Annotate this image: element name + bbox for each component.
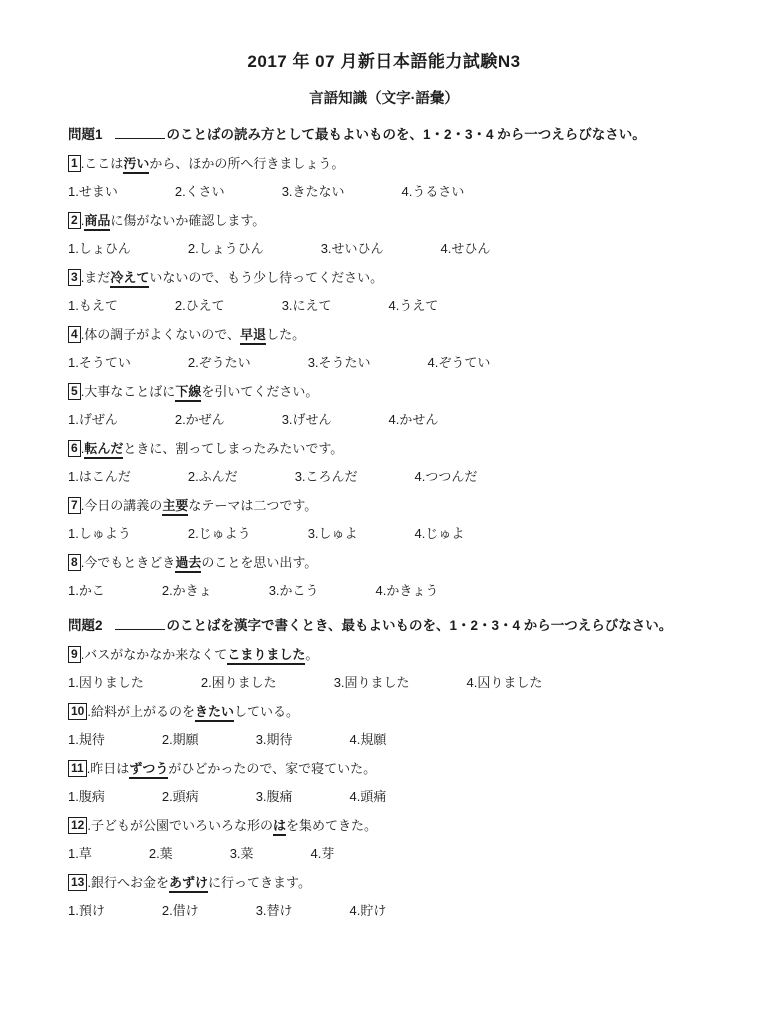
options-line: 1.そうてい2.ぞうたい3.そうたい4.ぞうてい [68, 353, 738, 372]
answer-option: 3.腹痛 [256, 787, 293, 806]
question-text-pre: .今日の講義の [81, 498, 163, 513]
question-text-post: がひどかったので、家で寝ていた。 [168, 761, 376, 776]
answer-option: 1.しゅよう [68, 524, 131, 543]
questions-container: 9.バスがなかなか来なくてこまりました。 1.因りました2.困りました3.固りま… [68, 645, 738, 920]
options-line: 1.はこんだ2.ふんだ3.ころんだ4.つつんだ [68, 467, 738, 486]
question-number-box: 12 [68, 817, 87, 834]
section-instruction: のことばを漢字で書くとき、最もよいものを、1・2・3・4 から一つえらびなさい。 [167, 618, 673, 633]
answer-option: 1.もえて [68, 296, 118, 315]
question-number-box: 4 [68, 326, 81, 343]
question-line: 11.昨日はずつうがひどかったので、家で寝ていた。 [68, 759, 738, 778]
answer-option: 2.ぞうたい [188, 353, 251, 372]
answer-option: 4.つつんだ [415, 467, 478, 486]
answer-option: 3.にえて [282, 296, 332, 315]
question-line: 9.バスがなかなか来なくてこまりました。 [68, 645, 738, 664]
answer-option: 2.期願 [162, 730, 199, 749]
question-target-word: こまりました [227, 647, 305, 665]
answer-option: 4.じゅよ [415, 524, 465, 543]
answer-option: 4.芽 [311, 844, 335, 863]
options-line: 1.草2.葉3.菜4.芽 [68, 844, 738, 863]
answer-option: 2.しょうひん [188, 239, 264, 258]
question-line: 10.給料が上がるのをきたいしている。 [68, 702, 738, 721]
question-block: 13.銀行へお金をあずけに行ってきます。 1.預け2.借け3.替け4.貯け [68, 873, 738, 920]
question-text-pre: .今でもときどき [81, 555, 176, 570]
answer-option: 1.因りました [68, 673, 144, 692]
question-number-box: 1 [68, 155, 81, 172]
answer-option: 1.草 [68, 844, 92, 863]
question-text-pre: .ここは [81, 156, 124, 171]
options-line: 1.かこ2.かきょ3.かこう4.かきょう [68, 581, 738, 600]
question-target-word: あずけ [169, 875, 208, 893]
question-number-box: 6 [68, 440, 81, 457]
answer-option: 4.かせん [389, 410, 439, 429]
answer-option: 3.ころんだ [295, 467, 358, 486]
answer-option: 2.じゅよう [188, 524, 251, 543]
answer-option: 1.規待 [68, 730, 105, 749]
blank-underline [115, 617, 165, 630]
question-text-pre: .給料が上がるのを [87, 704, 195, 719]
question-number-box: 9 [68, 646, 81, 663]
page-subtitle: 言語知識（文字·語彙） [0, 90, 768, 109]
answer-option: 4.貯け [350, 901, 387, 920]
question-number-box: 3 [68, 269, 81, 286]
question-number-box: 11 [68, 760, 87, 777]
answer-option: 1.げぜん [68, 410, 118, 429]
answer-option: 2.かぜん [175, 410, 225, 429]
page-title: 2017 年 07 月新日本語能力試験N3 [0, 0, 768, 74]
answer-option: 3.かこう [269, 581, 319, 600]
question-target-word: 下線 [175, 384, 201, 402]
answer-option: 3.固りました [334, 673, 410, 692]
sections-container: 問題1のことばの読み方として最もよいものを、1・2・3・4 から一つえらびなさい… [0, 125, 768, 920]
answer-option: 4.かきょう [376, 581, 439, 600]
question-block: 9.バスがなかなか来なくてこまりました。 1.因りました2.困りました3.固りま… [68, 645, 738, 692]
question-text-post: いないので、もう少し待ってください。 [149, 270, 383, 285]
answer-option: 3.菜 [230, 844, 254, 863]
question-text-post: ときに、割ってしまったみたいです。 [123, 441, 343, 456]
answer-option: 4.頭痛 [350, 787, 387, 806]
question-target-word: 商品 [84, 213, 110, 231]
question-target-word: ずつう [129, 761, 168, 779]
blank-underline [115, 126, 165, 139]
question-text-post: のことを思い出す。 [201, 555, 317, 570]
question-line: 6.転んだときに、割ってしまったみたいです。 [68, 439, 738, 458]
section-header: 問題1のことばの読み方として最もよいものを、1・2・3・4 から一つえらびなさい… [68, 125, 738, 144]
question-line: 8.今でもときどき過去のことを思い出す。 [68, 553, 738, 572]
question-text-pre: .銀行へお金を [87, 875, 169, 890]
answer-option: 4.囚りました [467, 673, 543, 692]
answer-option: 3.げせん [282, 410, 332, 429]
question-line: 5.大事なことばに下線を引いてください。 [68, 382, 738, 401]
question-target-word: は [273, 818, 286, 836]
question-number-box: 8 [68, 554, 81, 571]
question-text-post: を集めてきた。 [286, 818, 377, 833]
question-block: 5.大事なことばに下線を引いてください。 1.げぜん2.かぜん3.げせん4.かせ… [68, 382, 738, 429]
question-block: 2.商品に傷がないか確認します。 1.しょひん2.しょうひん3.せいひん4.せひ… [68, 211, 738, 258]
question-block: 8.今でもときどき過去のことを思い出す。 1.かこ2.かきょ3.かこう4.かきょ… [68, 553, 738, 600]
question-number-box: 2 [68, 212, 81, 229]
document-page: 2017 年 07 月新日本語能力試験N3 言語知識（文字·語彙） 問題1のこと… [0, 0, 768, 920]
options-line: 1.預け2.借け3.替け4.貯け [68, 901, 738, 920]
question-text-post: から、ほかの所へ行きましょう。 [149, 156, 344, 171]
question-target-word: 冷えて [110, 270, 149, 288]
section-label: 問題2 [68, 618, 103, 633]
question-target-word: 主要 [162, 498, 188, 516]
question-line: 12.子どもが公園でいろいろな形のはを集めてきた。 [68, 816, 738, 835]
answer-option: 2.借け [162, 901, 199, 920]
question-line: 1.ここは汚いから、ほかの所へ行きましょう。 [68, 154, 738, 173]
question-text-post: を引いてください。 [201, 384, 318, 399]
question-line: 13.銀行へお金をあずけに行ってきます。 [68, 873, 738, 892]
options-line: 1.腹病2.頭病3.腹痛4.頭痛 [68, 787, 738, 806]
question-block: 12.子どもが公園でいろいろな形のはを集めてきた。 1.草2.葉3.菜4.芽 [68, 816, 738, 863]
answer-option: 4.せひん [441, 239, 491, 258]
question-block: 7.今日の講義の主要なテーマは二つです。 1.しゅよう2.じゅよう3.しゅよ4.… [68, 496, 738, 543]
section-label: 問題1 [68, 127, 103, 142]
question-target-word: きたい [195, 704, 234, 722]
answer-option: 1.かこ [68, 581, 105, 600]
question-text-post: している。 [234, 704, 299, 719]
answer-option: 1.預け [68, 901, 105, 920]
question-text-post: なテーマは二つです。 [188, 498, 317, 513]
question-target-word: 早退 [240, 327, 266, 345]
question-block: 11.昨日はずつうがひどかったので、家で寝ていた。 1.腹病2.頭病3.腹痛4.… [68, 759, 738, 806]
question-number-box: 7 [68, 497, 81, 514]
answer-option: 1.腹病 [68, 787, 105, 806]
section: 問題2のことばを漢字で書くとき、最もよいものを、1・2・3・4 から一つえらびな… [68, 616, 738, 920]
answer-option: 3.しゅよ [308, 524, 358, 543]
question-text-pre: .大事なことばに [81, 384, 176, 399]
answer-option: 4.規願 [350, 730, 387, 749]
question-line: 7.今日の講義の主要なテーマは二つです。 [68, 496, 738, 515]
answer-option: 2.かきょ [162, 581, 212, 600]
question-line: 2.商品に傷がないか確認します。 [68, 211, 738, 230]
question-block: 6.転んだときに、割ってしまったみたいです。 1.はこんだ2.ふんだ3.ころんだ… [68, 439, 738, 486]
question-text-pre: .体の調子がよくないので、 [81, 327, 240, 342]
question-text-pre: .バスがなかなか来なくて [81, 647, 228, 662]
answer-option: 3.替け [256, 901, 293, 920]
options-line: 1.しょひん2.しょうひん3.せいひん4.せひん [68, 239, 738, 258]
question-block: 10.給料が上がるのをきたいしている。 1.規待2.期願3.期待4.規願 [68, 702, 738, 749]
question-line: 3.まだ冷えていないので、もう少し待ってください。 [68, 268, 738, 287]
answer-option: 3.そうたい [308, 353, 371, 372]
question-text-post: 。 [305, 647, 318, 662]
question-text-pre: .まだ [81, 270, 111, 285]
answer-option: 2.くさい [175, 182, 225, 201]
options-line: 1.もえて2.ひえて3.にえて4.うえて [68, 296, 738, 315]
answer-option: 1.そうてい [68, 353, 131, 372]
question-number-box: 10 [68, 703, 87, 720]
question-target-word: 汚い [123, 156, 149, 174]
answer-option: 2.頭病 [162, 787, 199, 806]
question-text-pre: .昨日は [87, 761, 130, 776]
answer-option: 3.期待 [256, 730, 293, 749]
answer-option: 4.ぞうてい [428, 353, 491, 372]
answer-option: 1.はこんだ [68, 467, 131, 486]
answer-option: 2.ふんだ [188, 467, 238, 486]
question-block: 1.ここは汚いから、ほかの所へ行きましょう。 1.せまい2.くさい3.きたない4… [68, 154, 738, 201]
answer-option: 3.きたない [282, 182, 345, 201]
answer-option: 1.せまい [68, 182, 118, 201]
question-block: 4.体の調子がよくないので、早退した。 1.そうてい2.ぞうたい3.そうたい4.… [68, 325, 738, 372]
section-header: 問題2のことばを漢字で書くとき、最もよいものを、1・2・3・4 から一つえらびな… [68, 616, 738, 635]
question-text-post: した。 [266, 327, 305, 342]
question-target-word: 転んだ [84, 441, 123, 459]
options-line: 1.規待2.期願3.期待4.規願 [68, 730, 738, 749]
questions-container: 1.ここは汚いから、ほかの所へ行きましょう。 1.せまい2.くさい3.きたない4… [68, 154, 738, 600]
answer-option: 4.うえて [389, 296, 439, 315]
question-number-box: 13 [68, 874, 87, 891]
section-instruction: のことばの読み方として最もよいものを、1・2・3・4 から一つえらびなさい。 [167, 127, 646, 142]
question-text-post: に傷がないか確認します。 [110, 213, 265, 228]
answer-option: 3.せいひん [321, 239, 384, 258]
options-line: 1.せまい2.くさい3.きたない4.うるさい [68, 182, 738, 201]
options-line: 1.しゅよう2.じゅよう3.しゅよ4.じゅよ [68, 524, 738, 543]
answer-option: 2.ひえて [175, 296, 225, 315]
options-line: 1.因りました2.困りました3.固りました4.囚りました [68, 673, 738, 692]
answer-option: 1.しょひん [68, 239, 131, 258]
question-target-word: 過去 [175, 555, 201, 573]
section: 問題1のことばの読み方として最もよいものを、1・2・3・4 から一つえらびなさい… [68, 125, 738, 600]
question-text-post: に行ってきます。 [208, 875, 311, 890]
question-text-pre: .子どもが公園でいろいろな形の [87, 818, 273, 833]
question-number-box: 5 [68, 383, 81, 400]
question-block: 3.まだ冷えていないので、もう少し待ってください。 1.もえて2.ひえて3.にえ… [68, 268, 738, 315]
question-line: 4.体の調子がよくないので、早退した。 [68, 325, 738, 344]
answer-option: 4.うるさい [402, 182, 465, 201]
answer-option: 2.葉 [149, 844, 173, 863]
options-line: 1.げぜん2.かぜん3.げせん4.かせん [68, 410, 738, 429]
answer-option: 2.困りました [201, 673, 277, 692]
